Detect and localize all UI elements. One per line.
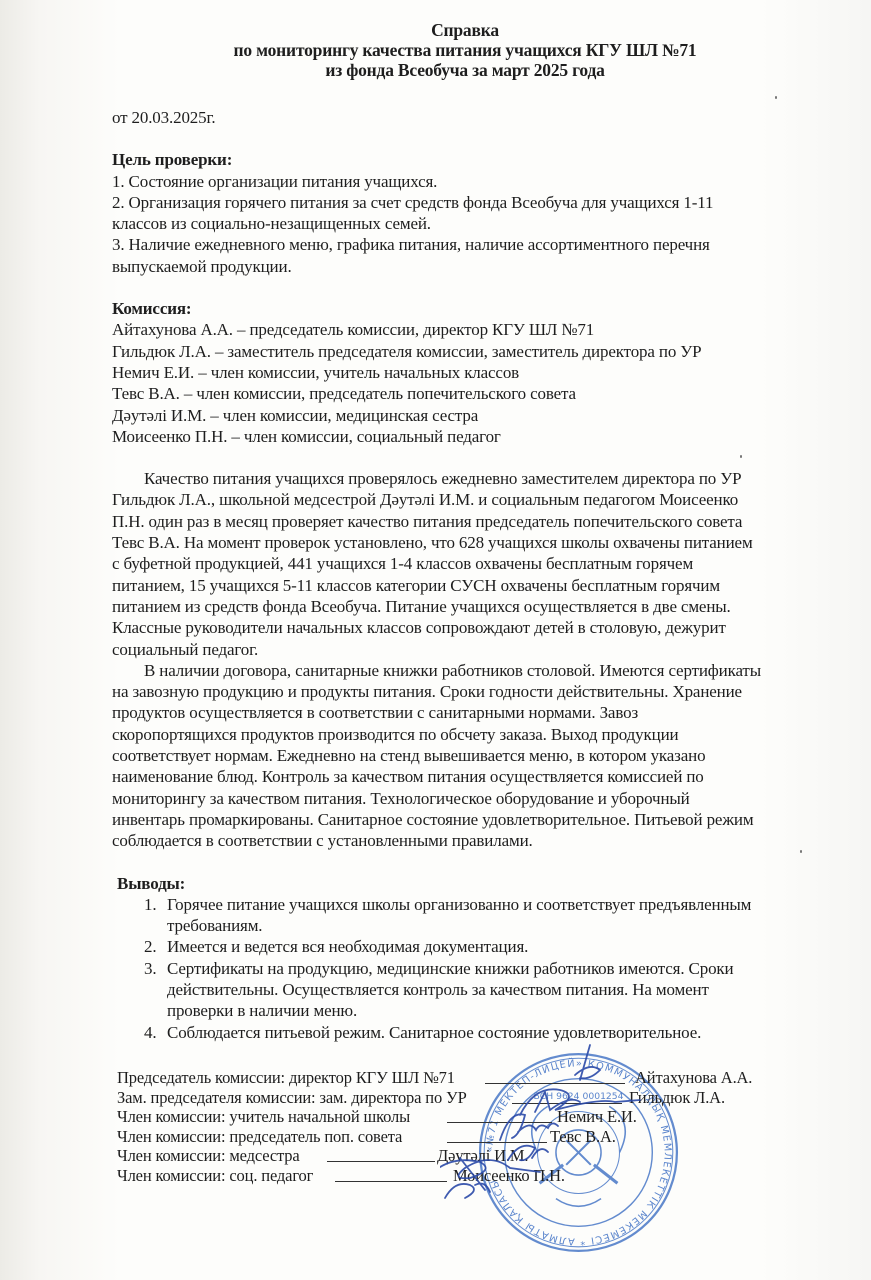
- paper-speck: [775, 96, 777, 99]
- paragraph-line: наименование блюд. Контроль за качеством…: [112, 766, 812, 787]
- goal-line: 1. Состояние организации питания учащихс…: [112, 171, 812, 192]
- paragraph-line: П.Н. один раз в месяц проверяет качество…: [112, 511, 812, 532]
- conclusions-list: 1. Горячее питание учащихся школы органи…: [112, 894, 812, 1043]
- paragraph-line: питанием из средств фонда Всеобуча. Пита…: [112, 596, 812, 617]
- conclusion-number: 1.: [144, 894, 156, 915]
- signature-line: [335, 1166, 447, 1182]
- conclusion-number: 2.: [144, 936, 156, 957]
- paragraph-line: социальный педагог.: [112, 639, 812, 660]
- signer-role: Зам. председателя комиссии: зам. директо…: [117, 1088, 467, 1108]
- conclusion-item: 1. Горячее питание учащихся школы органи…: [112, 894, 812, 937]
- conclusion-line: требованиям.: [167, 915, 812, 936]
- signer-name: Моисеенко П.Н.: [453, 1166, 565, 1186]
- conclusion-line: Соблюдается питьевой режим. Санитарное с…: [167, 1022, 812, 1043]
- goal-section: Цель проверки: 1. Состояние организации …: [112, 149, 812, 277]
- signature-line: [512, 1088, 622, 1104]
- document-header: Справка по мониторингу качества питания …: [0, 20, 871, 80]
- conclusion-line: Сертификаты на продукцию, медицинские кн…: [167, 958, 812, 979]
- goal-line: 3. Наличие ежедневного меню, графика пит…: [112, 234, 812, 255]
- conclusion-line: действительны. Осуществляется контроль з…: [167, 979, 812, 1000]
- signer-name: Айтахунова А.А.: [635, 1068, 752, 1088]
- paragraph-line: Гильдюк Л.А., школьной медсестрой Дәутәл…: [112, 489, 812, 510]
- paragraph-line: В наличии договора, санитарные книжки ра…: [112, 660, 812, 681]
- conclusion-line: проверки в наличии меню.: [167, 1000, 812, 1021]
- paragraph-line: продуктов осуществляется в соответствии …: [112, 702, 812, 723]
- document-date: от 20.03.2025г.: [112, 107, 812, 128]
- signer-role: Член комиссии: председатель поп. совета: [117, 1127, 402, 1147]
- paragraph-line: соответствует нормам. Ежедневно на стенд…: [112, 745, 812, 766]
- document-body: от 20.03.2025г. Цель проверки: 1. Состоя…: [112, 107, 812, 1043]
- signer-role: Член комиссии: учитель начальной школы: [117, 1107, 410, 1127]
- commission-member: Немич Е.И. – член комиссии, учитель нача…: [112, 362, 812, 383]
- signature-line: [447, 1107, 552, 1123]
- paragraph-line: инвентарь промаркированы. Санитарное сос…: [112, 809, 812, 830]
- signature-line: [447, 1127, 547, 1143]
- conclusion-item: 3. Сертификаты на продукцию, медицинские…: [112, 958, 812, 1022]
- commission-section: Комиссия: Айтахунова А.А. – председатель…: [112, 298, 812, 447]
- conclusion-number: 3.: [144, 958, 156, 979]
- conclusion-number: 4.: [144, 1022, 156, 1043]
- signer-name: Гильдюк Л.А.: [629, 1088, 725, 1108]
- signer-name: Тевс В.А.: [550, 1127, 616, 1147]
- conclusions-title: Выводы:: [117, 873, 812, 894]
- signer-role: Член комиссии: соц. педагог: [117, 1166, 313, 1186]
- paragraph-line: с буфетной продукцией, 441 учащихся 1-4 …: [112, 553, 812, 574]
- commission-member: Айтахунова А.А. – председатель комиссии,…: [112, 319, 812, 340]
- document-subtitle-line-2: из фонда Всеобуча за март 2025 года: [0, 60, 871, 80]
- conclusion-line: Горячее питание учащихся школы организов…: [167, 894, 812, 915]
- paragraph-line: Качество питания учащихся проверялось еж…: [112, 468, 812, 489]
- paragraph-line: соблюдается в соответствии с установленн…: [112, 830, 812, 851]
- signer-name: Немич Е.И.: [557, 1107, 637, 1127]
- document-subtitle-line-1: по мониторингу качества питания учащихся…: [0, 40, 871, 60]
- commission-member: Гильдюк Л.А. – заместитель председателя …: [112, 341, 812, 362]
- commission-member: Моисеенко П.Н. – член комиссии, социальн…: [112, 426, 812, 447]
- commission-member: Тевс В.А. – член комиссии, председатель …: [112, 383, 812, 404]
- signature-line: [327, 1146, 435, 1162]
- body-paragraph-1: Качество питания учащихся проверялось еж…: [112, 468, 812, 660]
- paragraph-line: мониторингу за качеством питания. Технол…: [112, 788, 812, 809]
- goal-line: классов из социально-незащищенных семей.: [112, 213, 812, 234]
- commission-title: Комиссия:: [112, 298, 812, 319]
- commission-member: Дәутәлі И.М. – член комиссии, медицинска…: [112, 405, 812, 426]
- conclusion-item: 4. Соблюдается питьевой режим. Санитарно…: [112, 1022, 812, 1043]
- conclusion-item: 2. Имеется и ведется вся необходимая док…: [112, 936, 812, 957]
- goal-line: выпускаемой продукции.: [112, 256, 812, 277]
- goal-title: Цель проверки:: [112, 149, 812, 170]
- signer-role: Председатель комиссии: директор КГУ ШЛ №…: [117, 1068, 455, 1088]
- paragraph-line: Тевс В.А. На момент проверок установлено…: [112, 532, 812, 553]
- document-page: Справка по мониторингу качества питания …: [0, 0, 871, 1280]
- body-paragraph-2: В наличии договора, санитарные книжки ра…: [112, 660, 812, 852]
- signer-role: Член комиссии: медсестра: [117, 1146, 300, 1166]
- paragraph-line: Классные руководители начальных классов …: [112, 617, 812, 638]
- goal-line: 2. Организация горячего питания за счет …: [112, 192, 812, 213]
- signature-line: [485, 1068, 625, 1084]
- signer-name: Дәутәлі И.М.: [437, 1146, 528, 1166]
- conclusion-line: Имеется и ведется вся необходимая докуме…: [167, 936, 812, 957]
- paragraph-line: на завозную продукцию и продукты питания…: [112, 681, 812, 702]
- paragraph-line: питанием, 15 учащихся 5-11 классов катег…: [112, 575, 812, 596]
- paragraph-line: скоропортящихся продуктов производится п…: [112, 724, 812, 745]
- document-title: Справка: [0, 20, 871, 40]
